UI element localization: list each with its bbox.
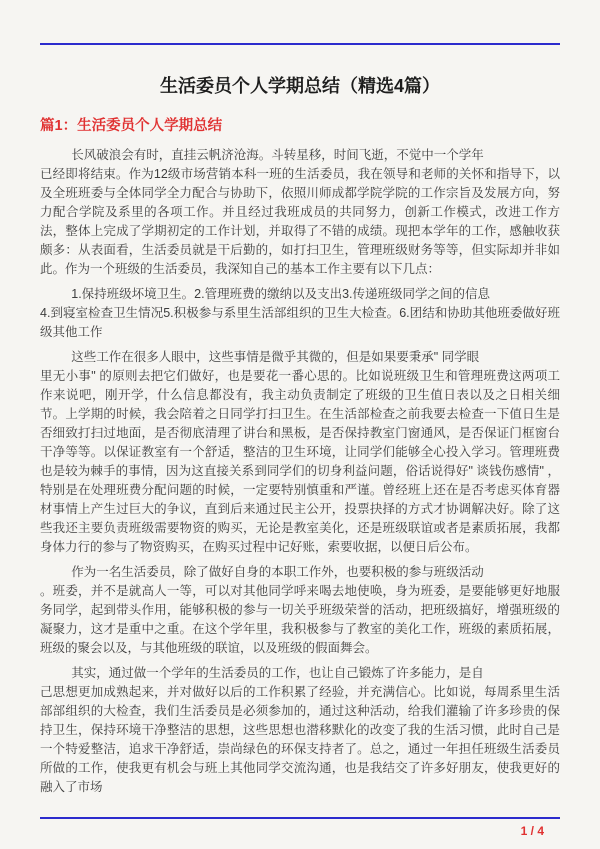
document-page: 生活委员个人学期总结（精选4篇） 篇1：生活委员个人学期总结 长风破浪会有时，直… <box>0 0 600 849</box>
page-number: 1 / 4 <box>40 824 560 838</box>
document-title: 生活委员个人学期总结（精选4篇） <box>40 74 560 98</box>
paragraph-duties-list: 1.保持班级坏境卫生。2.管理班费的缴纳以及支出3.传递班级同学之间的信息 4.… <box>40 285 560 342</box>
section-1-heading: 篇1：生活委员个人学期总结 <box>40 116 560 136</box>
paragraph-work-details: 这些工作在很多人眼中，这些事情是微乎其微的，但是如果要秉承" 同学眼 里无小事"… <box>40 348 560 557</box>
page-footer: 1 / 4 <box>40 817 560 838</box>
document-content: 生活委员个人学期总结（精选4篇） 篇1：生活委员个人学期总结 长风破浪会有时，直… <box>0 43 600 797</box>
paragraph-reflection: 其实，通过做一个学年的生活委员的工作，也让自己锻炼了许多能力，是自 己思想更加成… <box>40 664 560 797</box>
paragraph-intro: 长风破浪会有时，直挂云帆济沧海。斗转星移，时间飞逝，不觉中一个学年 已经即将结束… <box>40 146 560 279</box>
top-divider <box>40 43 560 45</box>
paragraph-class-activities: 作为一名生活委员，除了做好自身的本职工作外，也要积极的参与班级活动 。班委，并不… <box>40 563 560 658</box>
bottom-divider <box>40 817 560 819</box>
